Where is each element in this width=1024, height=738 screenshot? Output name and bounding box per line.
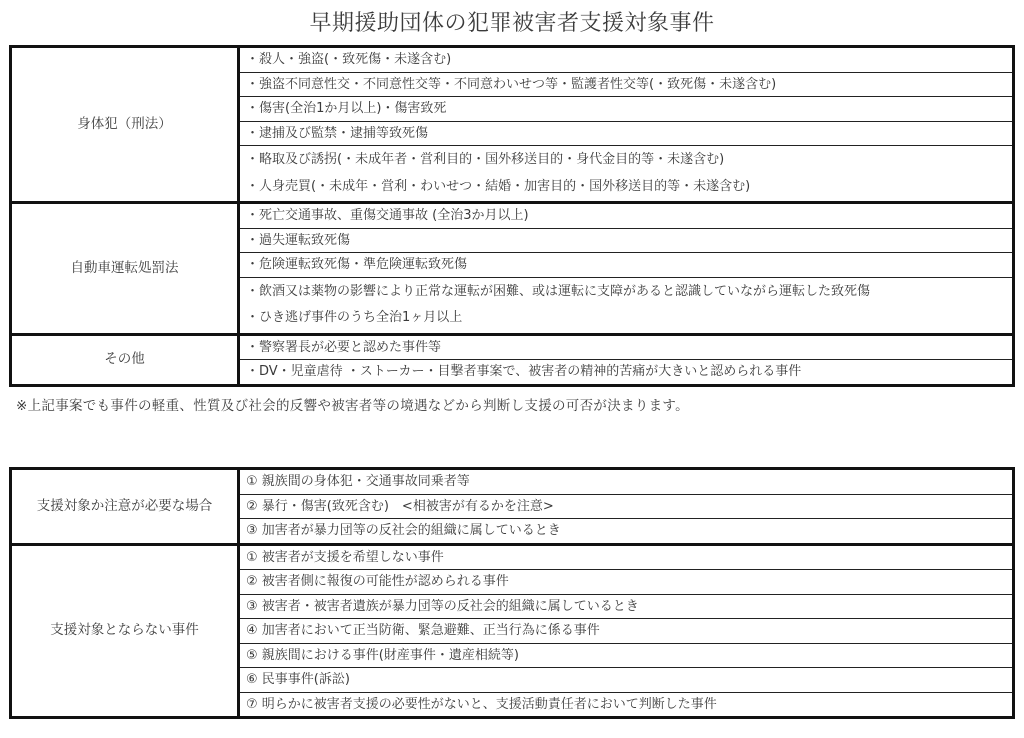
case-cell: ・傷害(全治1か月以上)・傷害致死 bbox=[239, 97, 1014, 122]
category-cell: 身体犯（刑法） bbox=[11, 47, 239, 203]
case-cell: ・殺人・強盗(・致死傷・未遂含む) bbox=[239, 47, 1014, 73]
table-row: 支援対象か注意が必要な場合 ① 親族間の身体犯・交通事故同乗者等 bbox=[11, 469, 1014, 495]
case-line: ・ひき逃げ事件のうち全治1ヶ月以上 bbox=[246, 305, 1006, 332]
table-row: 支援対象とならない事件 ① 被害者が支援を希望しない事件 bbox=[11, 544, 1014, 570]
table-row: 身体犯（刑法） ・殺人・強盗(・致死傷・未遂含む) bbox=[11, 47, 1014, 73]
table-row: その他 ・警察署長が必要と認めた事件等 bbox=[11, 334, 1014, 360]
support-target-cases-table: 身体犯（刑法） ・殺人・強盗(・致死傷・未遂含む) ・強盗不同意性交・不同意性交… bbox=[9, 45, 1015, 387]
case-cell: ⑦ 明らかに被害者支援の必要性がないと、支援活動責任者において判断した事件 bbox=[239, 692, 1014, 718]
case-cell: ② 被害者側に報復の可能性が認められる事件 bbox=[239, 570, 1014, 595]
case-cell: ⑥ 民事事件(訴訟) bbox=[239, 668, 1014, 693]
case-cell: ① 親族間の身体犯・交通事故同乗者等 bbox=[239, 469, 1014, 495]
case-cell: ・警察署長が必要と認めた事件等 bbox=[239, 334, 1014, 360]
category-cell: 支援対象か注意が必要な場合 bbox=[11, 469, 239, 545]
case-line: ・略取及び誘拐(・未成年者・営利目的・国外移送目的・身代金目的等・未遂含む) bbox=[246, 147, 1006, 174]
category-cell: 自動車運転処罰法 bbox=[11, 203, 239, 335]
case-line: ・人身売買(・未成年・営利・わいせつ・結婚・加害目的・国外移送目的等・未遂含む) bbox=[246, 174, 1006, 201]
case-cell: ③ 被害者・被害者遺族が暴力団等の反社会的組織に属しているとき bbox=[239, 594, 1014, 619]
case-cell: ③ 加害者が暴力団等の反社会的組織に属しているとき bbox=[239, 519, 1014, 545]
case-cell-merged: ・略取及び誘拐(・未成年者・営利目的・国外移送目的・身代金目的等・未遂含む) ・… bbox=[239, 146, 1014, 203]
case-cell-merged: ・飲酒又は薬物の影響により正常な運転が困難、或は運転に支障があると認識していなが… bbox=[239, 277, 1014, 334]
case-cell: ① 被害者が支援を希望しない事件 bbox=[239, 544, 1014, 570]
case-cell: ・過失運転致死傷 bbox=[239, 228, 1014, 253]
case-cell: ・死亡交通事故、重傷交通事故 (全治3か月以上) bbox=[239, 203, 1014, 229]
category-cell: 支援対象とならない事件 bbox=[11, 544, 239, 718]
case-cell: ・DV・児童虐待 ・ストーカー・目撃者事案で、被害者の精神的苦痛が大きいと認めら… bbox=[239, 360, 1014, 386]
case-cell: ・逮捕及び監禁・逮捕等致死傷 bbox=[239, 121, 1014, 146]
footnote: ※上記事案でも事件の軽重、性質及び社会的反響や被害者等の境遇などから判断し支援の… bbox=[16, 394, 689, 414]
caution-and-exclusion-table: 支援対象か注意が必要な場合 ① 親族間の身体犯・交通事故同乗者等 ② 暴行・傷害… bbox=[9, 467, 1015, 719]
case-cell: ・強盗不同意性交・不同意性交等・不同意わいせつ等・監護者性交等(・致死傷・未遂含… bbox=[239, 72, 1014, 97]
category-cell: その他 bbox=[11, 334, 239, 385]
case-cell: ④ 加害者において正当防衛、緊急避難、正当行為に係る事件 bbox=[239, 619, 1014, 644]
case-cell: ⑤ 親族間における事件(財産事件・遺産相続等) bbox=[239, 643, 1014, 668]
case-cell: ・危険運転致死傷・準危険運転致死傷 bbox=[239, 253, 1014, 278]
page-title: 早期援助団体の犯罪被害者支援対象事件 bbox=[0, 6, 1024, 37]
case-line: ・飲酒又は薬物の影響により正常な運転が困難、或は運転に支障があると認識していなが… bbox=[246, 279, 1006, 306]
table-row: 自動車運転処罰法 ・死亡交通事故、重傷交通事故 (全治3か月以上) bbox=[11, 203, 1014, 229]
case-cell: ② 暴行・傷害(致死含む) <相被害が有るかを注意> bbox=[239, 494, 1014, 519]
